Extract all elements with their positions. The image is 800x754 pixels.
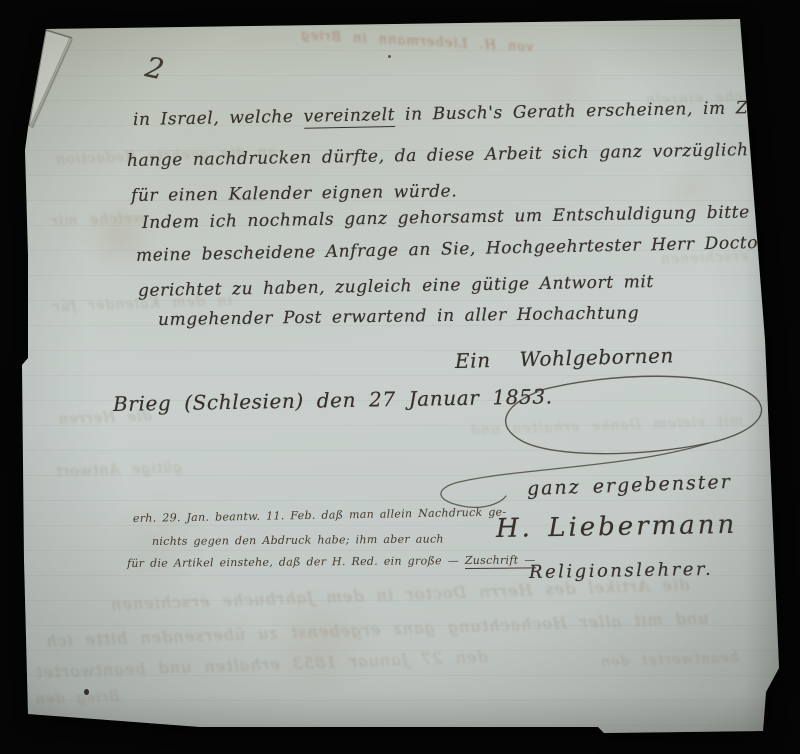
bleedthrough-text: mit vielem Danke erhalten und (470, 413, 743, 439)
bleedthrough-text: beantwortet den (600, 650, 739, 671)
signature-title: Religionslehrer. (529, 559, 714, 583)
archival-note-line-3-pre: für die Artikel einstehe, daß der H. Red… (127, 554, 465, 570)
archival-note-line-3: für die Artikel einstehe, daß der H. Red… (127, 553, 536, 570)
paper-sheet: von H. Liebermann in Brieg an die geehrt… (0, 0, 800, 754)
archival-note-line-1: erh. 29. Jan. beantw. 11. Feb. daß man a… (133, 505, 507, 525)
letter-line-3: für einen Kalender eignen würde. (131, 181, 458, 206)
underlined-word: vereinzelt (303, 105, 395, 129)
salutation: Ein Wohlgebornen (455, 343, 675, 373)
letter-line-6: gerichtet zu haben, zugleich eine gütige… (138, 272, 654, 301)
ink-dot (388, 55, 391, 58)
letter-line-1-post: in Busch's Gerath erscheinen, im Zusamme… (395, 96, 800, 125)
bleedthrough-text: und mit aller Hochachtung ganz ergebenst… (45, 608, 709, 650)
bleedthrough-text: gütige Antwort (55, 460, 183, 480)
signature-name: H. Liebermann (496, 510, 738, 544)
letter-line-1: in Israel, welche vereinzelt in Busch's … (133, 96, 800, 130)
archival-note-line-2: nichts gegen den Abdruck habe; ihm aber … (152, 532, 444, 548)
bleedthrough-header: von H. Liebermann in Brieg (300, 28, 534, 55)
letter-scan: von H. Liebermann in Brieg an die geehrt… (0, 0, 800, 754)
ink-dot (84, 689, 89, 695)
underlined-word: Zuschrift — (465, 553, 536, 569)
letter-line-2: hange nachdrucken dürfte, da diese Arbei… (127, 140, 749, 171)
paper-shadow: von H. Liebermann in Brieg an die geehrt… (0, 0, 800, 754)
letter-line-5: meine bescheidene Anfrage an Sie, Hochge… (136, 233, 771, 266)
letter-line-7: umgehender Post erwartend in aller Hocha… (158, 303, 639, 330)
letter-line-4: Indem ich nochmals ganz gehorsamst um En… (142, 202, 750, 233)
bleedthrough-text: den 27 Januar 1853 erhalten und beantwor… (35, 647, 488, 682)
letter-line-1-pre: in Israel, welche (133, 107, 304, 130)
bleedthrough-text: Brieg den (35, 689, 120, 708)
page-number-mark: 2 (143, 50, 168, 86)
dateline: Brieg (Schlesien) den 27 Januar 1853. (113, 384, 553, 416)
bleedthrough-text: welche mir (50, 210, 145, 229)
valediction: ganz ergebenster (527, 471, 733, 500)
